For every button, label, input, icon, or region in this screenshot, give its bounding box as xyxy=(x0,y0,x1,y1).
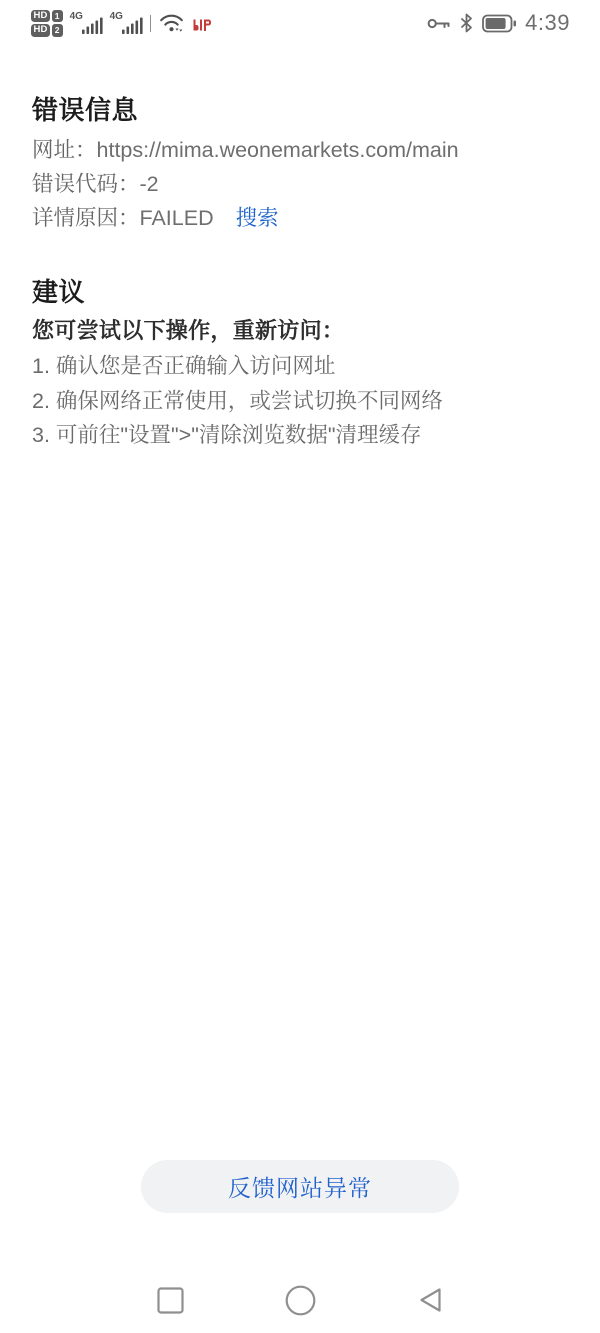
status-bar-right: 4:39 xyxy=(427,10,570,36)
key-icon xyxy=(427,16,451,31)
suggestion-list: 1. 确认您是否正确输入访问网址 2. 确保网络正常使用，或尝试切换不同网络 3… xyxy=(32,349,580,453)
error-code-line: 错误代码：-2 xyxy=(32,167,580,201)
battery-icon xyxy=(482,14,516,33)
back-button[interactable] xyxy=(417,1286,443,1314)
url-label: 网址： xyxy=(32,138,97,162)
sim2-signal-icon: 4G xyxy=(110,10,143,36)
sim1-signal-icon: 4G xyxy=(70,10,103,36)
home-circle-icon xyxy=(285,1285,316,1316)
wifi-icon xyxy=(159,13,184,34)
search-link[interactable]: 搜索 xyxy=(236,206,279,230)
reason-value: FAILED xyxy=(140,206,214,230)
suggestion-intro: 您可尝试以下操作，重新访问： xyxy=(32,314,344,345)
red-notification-icon xyxy=(193,16,212,31)
error-code-label: 错误代码： xyxy=(32,172,140,196)
home-button[interactable] xyxy=(285,1285,316,1316)
hd-badges: HD 1 HD 2 xyxy=(31,10,63,37)
recents-button[interactable] xyxy=(157,1287,184,1314)
android-nav-bar xyxy=(0,1274,600,1326)
signal-divider xyxy=(150,15,152,32)
suggestion-section-title: 建议 xyxy=(32,272,85,309)
status-bar: HD 1 HD 2 4G xyxy=(0,0,600,46)
url-value: https://mima.weonemarkets.com/main xyxy=(97,138,459,162)
back-triangle-icon xyxy=(417,1286,443,1314)
status-bar-left: HD 1 HD 2 4G xyxy=(31,10,212,37)
error-url-line: 网址：https://mima.weonemarkets.com/main xyxy=(32,133,580,167)
hd-badge-sim1: HD 1 xyxy=(31,10,63,23)
recents-square-icon xyxy=(157,1287,184,1314)
error-code-value: -2 xyxy=(140,172,159,196)
sim1-number-badge: 1 xyxy=(52,10,63,23)
suggestion-item: 2. 确保网络正常使用，或尝试切换不同网络 xyxy=(32,384,580,419)
error-reason-line: 详情原因：FAILED搜索 xyxy=(32,201,580,235)
suggestion-item: 3. 可前往"设置">"清除浏览数据"清理缓存 xyxy=(32,418,580,453)
reason-label: 详情原因： xyxy=(32,206,140,230)
hd-icon: HD xyxy=(31,10,50,23)
sim2-number-badge: 2 xyxy=(52,24,63,37)
suggestion-item: 1. 确认您是否正确输入访问网址 xyxy=(32,349,580,384)
clock-time: 4:39 xyxy=(525,10,570,36)
hd-icon: HD xyxy=(31,24,50,37)
error-section-title: 错误信息 xyxy=(32,90,138,127)
hd-badge-sim2: HD 2 xyxy=(31,24,63,37)
feedback-website-error-button[interactable]: 反馈网站异常 xyxy=(141,1160,459,1213)
phone-screen: HD 1 HD 2 4G xyxy=(0,0,600,1333)
error-info-lines: 网址：https://mima.weonemarkets.com/main 错误… xyxy=(32,133,580,235)
bluetooth-icon xyxy=(460,13,473,33)
